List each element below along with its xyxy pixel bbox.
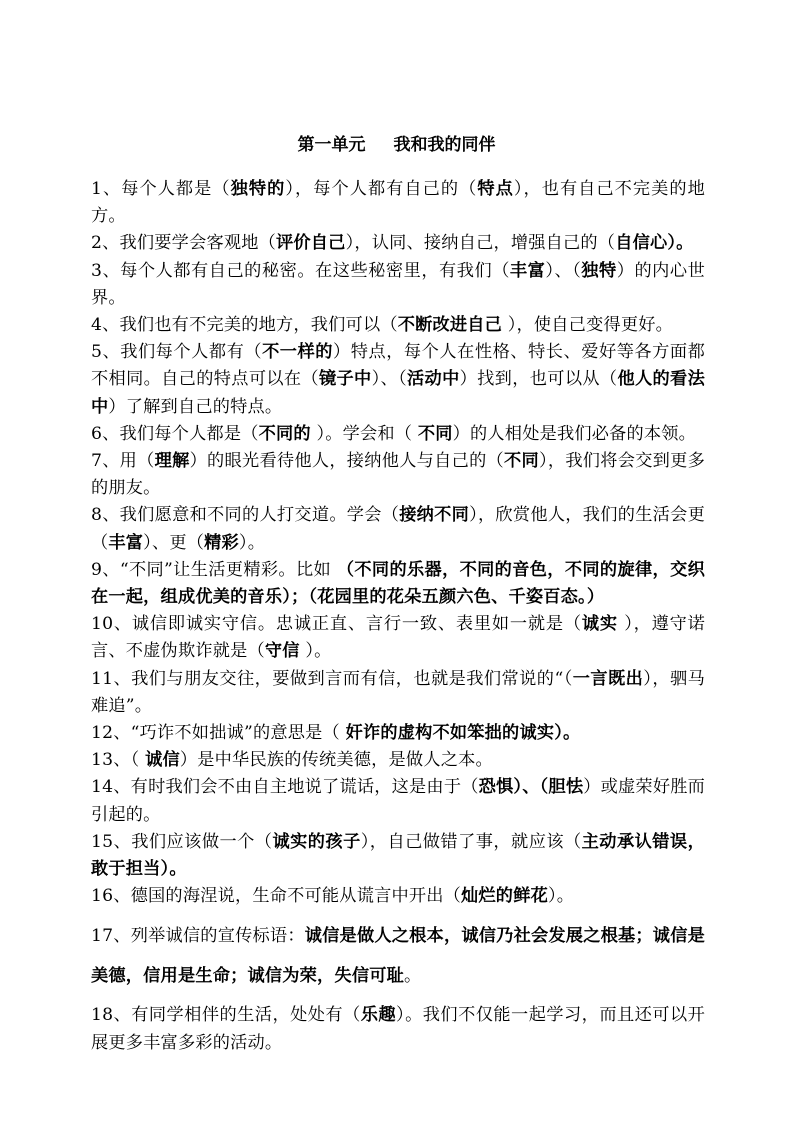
answer-text: 理解 [155,451,190,471]
answer-text: 自信心）。 [615,233,693,253]
list-item: 16、德国的海涅说，生命不可能从谎言中开出（灿烂的鲜花）。 [91,883,705,910]
list-item: 3、每个人都有自己的秘密。在这些秘密里，有我们（丰富）、（独特）的内心世界。 [91,258,705,312]
answer-text: 独特的 [231,179,286,199]
answer-text: 不同 [504,451,539,471]
prompt-text: ）找到，也可以从（ [460,369,618,389]
prompt-text: ）。 [300,641,332,661]
answer-text: 乐趣 [361,1005,396,1025]
prompt-text: 1、每个人都是（ [91,179,231,199]
list-item: 18、有同学相伴的生活，处处有（乐趣）。我们不仅能一起学习，而且还可以开展更多丰… [91,1002,705,1056]
prompt-text: ）、更（ [143,533,204,553]
prompt-text: ）了解到自己的特点。 [108,397,282,417]
prompt-text: 13、（ [91,750,145,770]
answer-text: 活动中 [407,369,460,389]
answer-text: 恐惧）、（胆怯 [479,777,584,797]
prompt-text: ）、（ [545,261,581,281]
list-item: 4、我们也有不完美的地方，我们可以（不断改进自己 ），使自己变得更好。 [91,312,705,339]
list-item: 2、我们要学会客观地（评价自己），认同、接纳自己，增强自己的（自信心）。 [91,230,705,257]
prompt-text: 14、有时我们会不由自主地说了谎话，这是由于（ [91,777,479,797]
list-item: 17、列举诚信的宣传标语：诚信是做人之根本，诚信乃社会发展之根基；诚信是美德，信… [91,916,705,996]
prompt-text: 16、德国的海涅说，生命不可能从谎言中开出（ [91,886,461,906]
prompt-text: 4、我们也有不完美的地方，我们可以（ [91,315,398,335]
answer-text: 特点 [477,179,513,199]
prompt-text: 7、用（ [91,451,155,471]
prompt-text: 11、我们与朋友交往，要做到言而有信，也就是我们常说的“（ [91,669,573,689]
prompt-text: 10、诚信即诚实守信。忠诚正直、言行一致、表里如一就是（ [91,614,582,634]
answer-text: 不断改进自己 [398,315,502,335]
answer-text: 一言既出 [573,669,644,689]
prompt-text: ）。 [239,533,265,553]
answer-text: 精彩 [204,533,239,553]
prompt-text: 9、“不同”让生活更精彩。比如 [91,560,337,580]
list-item: 15、我们应该做一个（诚实的孩子），自己做错了事，就应该（主动承认错误，敢于担当… [91,829,705,883]
prompt-text: 3、每个人都有自己的秘密。在这些秘密里，有我们（ [91,261,510,281]
list-item: 9、“不同”让生活更精彩。比如 （不同的乐器，不同的音色，不同的旋律，交织在一起… [91,557,705,611]
answer-text: 诚实 [582,614,618,634]
answer-text: 守信 [265,641,300,661]
prompt-text: ）。学会和（ [311,424,418,444]
answer-text: 接纳不同 [399,505,469,525]
prompt-text: 。 [404,966,421,986]
prompt-text: ），使自己变得更好。 [502,315,673,335]
prompt-text: ）、（ [372,369,407,389]
answer-text: 灿烂的鲜花 [461,886,548,906]
list-item: 6、我们每个人都是（不同的 ）。学会和（ 不同）的人相处是我们必备的本领。 [91,421,705,448]
list-item: 8、我们愿意和不同的人打交道。学会（接纳不同），欣赏他人，我们的生活会更（丰富）… [91,502,705,556]
unit-label: 第一单元 [298,135,366,155]
prompt-text: ）。 [548,886,574,906]
answer-text: 诚实的孩子 [272,832,360,852]
prompt-text: 12、“巧诈不如拙诚”的意思是（ [91,723,346,743]
list-item: 12、“巧诈不如拙诚”的意思是（ 奸诈的虚构不如笨拙的诚实）。 [91,720,705,747]
list-item: 5、我们每个人都有（不一样的）特点，每个人在性格、特长、爱好等各方面都不相同。自… [91,339,705,421]
answer-text: 独特 [581,261,616,281]
prompt-text: 18、有同学相伴的生活，处处有（ [91,1005,361,1025]
list-item: 7、用（理解）的眼光看待他人，接纳他人与自己的（不同），我们将会交到更多的朋友。 [91,448,705,502]
prompt-text: ）是中华民族的传统美德，是做人之本。 [180,750,493,770]
prompt-text: ），每个人都有自己的（ [285,179,477,199]
answer-text: 镜子中 [319,369,372,389]
prompt-text: 17、列举诚信的宣传标语： [91,926,305,946]
answer-text: 不一样的 [262,342,333,362]
prompt-text: 15、我们应该做一个（ [91,832,272,852]
answer-text: 丰富 [510,261,545,281]
knowledge-list: 1、每个人都是（独特的），每个人都有自己的（特点），也有自己不完美的地方。2、我… [91,176,705,1057]
prompt-text: ），自己做错了事，就应该（ [361,832,582,852]
answer-text: 奸诈的虚构不如笨拙的诚实）。 [346,723,581,743]
list-item: 11、我们与朋友交往，要做到言而有信，也就是我们常说的“（一言既出），驷马难追”… [91,666,705,720]
unit-name: 我和我的同伴 [394,135,496,155]
answer-text: 评价自己 [276,233,346,253]
prompt-text: 2、我们要学会客观地（ [91,233,276,253]
answer-text: 不同的 [259,424,311,444]
page-title: 第一单元我和我的同伴 [0,130,793,155]
list-item: 13、（ 诚信）是中华民族的传统美德，是做人之本。 [91,747,705,774]
prompt-text: 6、我们每个人都是（ [91,424,259,444]
answer-text: 丰富 [108,533,143,553]
prompt-text: 5、我们每个人都有（ [91,342,262,362]
list-item: 10、诚信即诚实守信。忠诚正直、言行一致、表里如一就是（诚实 ），遵守诺言、不虚… [91,611,705,665]
answer-text: 不同 [418,424,453,444]
prompt-text: ）的眼光看待他人，接纳他人与自己的（ [190,451,504,471]
prompt-text: ）的人相处是我们必备的本领。 [453,424,696,444]
answer-text: 诚信 [145,750,180,770]
list-item: 14、有时我们会不由自主地说了谎话，这是由于（恐惧）、（胆怯）或虚荣好胜而引起的… [91,774,705,828]
prompt-text: ），认同、接纳自己，增强自己的（ [346,233,616,253]
list-item: 1、每个人都是（独特的），每个人都有自己的（特点），也有自己不完美的地方。 [91,176,705,230]
prompt-text: 8、我们愿意和不同的人打交道。学会（ [91,505,399,525]
